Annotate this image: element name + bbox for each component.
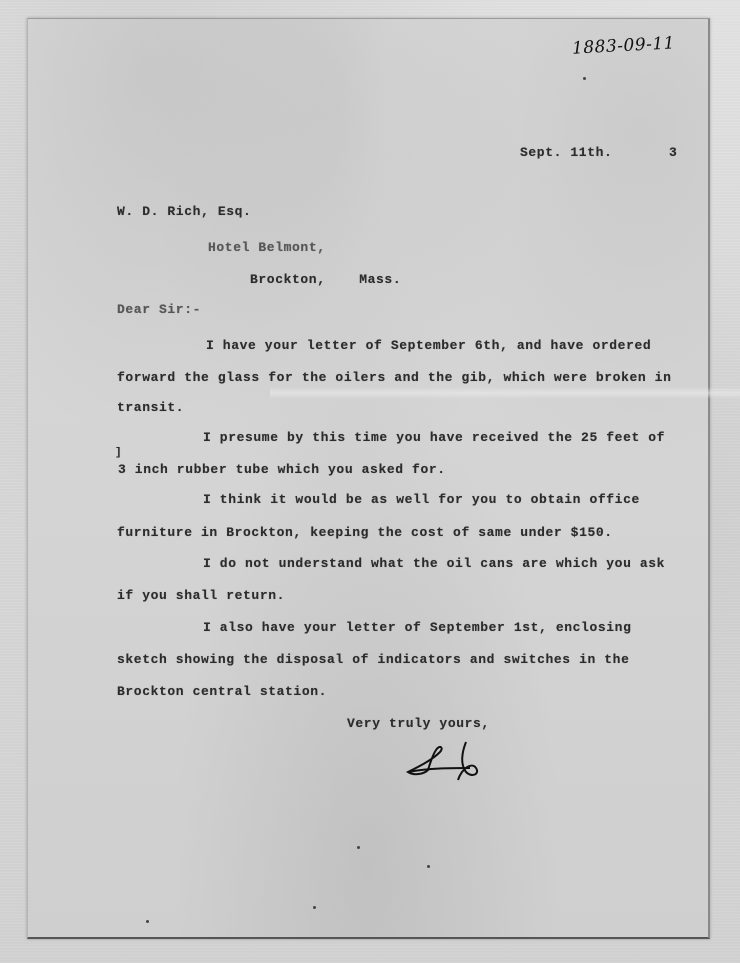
recipient-name: W. D. Rich, Esq. bbox=[117, 204, 251, 219]
body-line: sketch showing the disposal of indicator… bbox=[117, 652, 629, 667]
body-line: I presume by this time you have received… bbox=[203, 430, 665, 445]
body-line: Brockton central station. bbox=[117, 684, 327, 699]
closing: Very truly yours, bbox=[347, 716, 490, 731]
body-line: transit. bbox=[117, 400, 184, 415]
body-line: I also have your letter of September 1st… bbox=[203, 620, 631, 635]
paper-crease bbox=[270, 387, 740, 399]
recipient-address-line-1: Hotel Belmont, bbox=[208, 240, 326, 255]
ink-speck bbox=[583, 77, 586, 80]
body-line: I have your letter of September 6th, and… bbox=[206, 338, 651, 353]
margin-mark: ] bbox=[115, 447, 122, 459]
scanned-letter: 1883-09-11 Sept. 11th. 3 W. D. Rich, Esq… bbox=[0, 0, 740, 963]
dateline: Sept. 11th. bbox=[520, 145, 612, 160]
body-line: furniture in Brockton, keeping the cost … bbox=[117, 525, 613, 540]
body-line: if you shall return. bbox=[117, 588, 285, 603]
body-line: forward the glass for the oilers and the… bbox=[117, 370, 671, 385]
page-number: 3 bbox=[669, 145, 677, 160]
ink-speck bbox=[313, 906, 316, 909]
ink-speck bbox=[427, 865, 430, 868]
body-line: I do not understand what the oil cans ar… bbox=[203, 556, 665, 571]
ink-speck bbox=[357, 846, 360, 849]
body-line: 3 inch rubber tube which you asked for. bbox=[118, 462, 446, 477]
salutation: Dear Sir:- bbox=[117, 302, 201, 317]
body-line: I think it would be as well for you to o… bbox=[203, 492, 640, 507]
recipient-address-line-2: Brockton, Mass. bbox=[250, 272, 401, 287]
ink-speck bbox=[146, 920, 149, 923]
handwritten-signature-icon bbox=[400, 738, 490, 786]
